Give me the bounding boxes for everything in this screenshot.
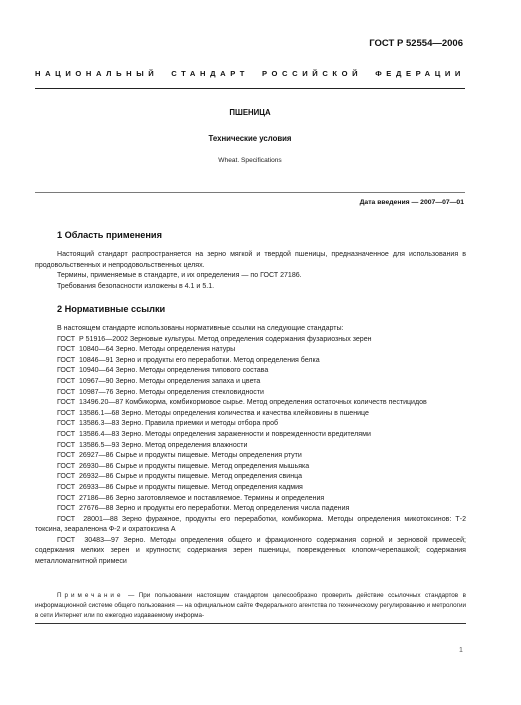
reference-title: Зерно. Методы определения стекловидности (115, 389, 264, 396)
section-heading-scope: 1 Область применения (57, 230, 162, 240)
reference-title: Зерно. Правила приемки и методы отбора п… (121, 420, 278, 427)
reference-code: ГОСТ 13586.1—68 (57, 410, 119, 417)
footer-rule (35, 623, 466, 624)
reference-title: Зерно. Метод определения влажности (121, 442, 247, 449)
note: Примечание — При пользовании настоящим с… (35, 591, 466, 620)
banner-word: СТАНДАРТ (171, 69, 249, 78)
reference-title: Сырье и продукты пищевые. Метод определе… (115, 484, 302, 491)
reference-item: ГОСТ 10840—64 Зерно. Методы определения … (35, 345, 466, 356)
reference-title: Зерно. Методы определения типового соста… (115, 367, 268, 374)
reference-item: ГОСТ 30483—97 Зерно. Методы определения … (35, 536, 466, 568)
reference-item: ГОСТ 28001—88 Зерно фуражное, продукты е… (35, 515, 466, 536)
section-body-scope: Настоящий стандарт распространяется на з… (35, 250, 466, 292)
reference-code: ГОСТ 13496.20—87 (57, 399, 123, 406)
reference-title: Комбикорма, комбикормовое сырье. Метод о… (125, 399, 427, 406)
reference-item: ГОСТ 10967—90 Зерно. Методы определения … (35, 377, 466, 388)
reference-item: ГОСТ 13496.20—87 Комбикорма, комбикормов… (35, 398, 466, 409)
reference-code: ГОСТ 10987—76 (57, 389, 113, 396)
paragraph: Требования безопасности изложены в 4.1 и… (35, 282, 466, 293)
references-items: ГОСТ Р 51916—2002 Зерновые культуры. Мет… (35, 335, 466, 568)
reference-item: ГОСТ 10987—76 Зерно. Методы определения … (35, 388, 466, 399)
reference-title: Зерно. Методы определения запаха и цвета (115, 378, 260, 385)
reference-title: Сырье и продукты пищевые. Метод определе… (115, 473, 302, 480)
paragraph: Термины, применяемые в стандарте, и их о… (35, 271, 466, 282)
reference-item: ГОСТ 10846—91 Зерно и продукты его перер… (35, 356, 466, 367)
reference-item: ГОСТ 13586.4—83 Зерно. Методы определени… (35, 430, 466, 441)
header-rule (35, 88, 465, 89)
reference-code: ГОСТ 10940—64 (57, 367, 113, 374)
reference-code: ГОСТ 13586.4—83 (57, 431, 119, 438)
reference-code: ГОСТ 13586.3—83 (57, 420, 119, 427)
reference-item: ГОСТ 13586.5—93 Зерно. Метод определения… (35, 441, 466, 452)
document-subtitle: Технические условия (0, 134, 500, 143)
banner-word: ФЕДЕРАЦИИ (375, 69, 465, 78)
reference-code: ГОСТ 13586.5—93 (57, 442, 119, 449)
date-introduced: Дата введения — 2007—07—01 (360, 199, 464, 206)
reference-title: Зерно заготовляемое и поставляемое. Терм… (115, 495, 324, 502)
reference-item: ГОСТ 26933—86 Сырье и продукты пищевые. … (35, 483, 466, 494)
reference-item: ГОСТ 13586.1—68 Зерно. Методы определени… (35, 409, 466, 420)
reference-code: ГОСТ 27676—88 (57, 505, 113, 512)
reference-title: Зерно. Методы определения количества и к… (121, 410, 369, 417)
reference-item: ГОСТ 26930—86 Сырье и продукты пищевые. … (35, 462, 466, 473)
references-list: В настоящем стандарте использованы норма… (35, 324, 466, 568)
reference-item: ГОСТ 26932—86 Сырье и продукты пищевые. … (35, 472, 466, 483)
page-number: 1 (459, 647, 463, 654)
document-title: ПШЕНИЦА (0, 108, 500, 117)
reference-item: ГОСТ 27676—88 Зерно и продукты его перер… (35, 504, 466, 515)
reference-code: ГОСТ 26927—86 (57, 452, 113, 459)
paragraph: Настоящий стандарт распространяется на з… (35, 250, 466, 271)
reference-code: ГОСТ 28001—88 (57, 516, 118, 523)
reference-item: ГОСТ 27186—86 Зерно заготовляемое и пост… (35, 494, 466, 505)
reference-title: Зерно. Методы определения натуры (115, 346, 235, 353)
reference-title: Зерновые культуры. Метод определения сод… (130, 336, 372, 343)
document-code: ГОСТ Р 52554—2006 (369, 38, 463, 49)
reference-code: ГОСТ 27186—86 (57, 495, 113, 502)
references-intro: В настоящем стандарте использованы норма… (35, 324, 466, 335)
reference-code: ГОСТ 26933—86 (57, 484, 113, 491)
reference-code: ГОСТ 26932—86 (57, 473, 113, 480)
reference-title: Сырье и продукты пищевые. Методы определ… (115, 452, 301, 459)
reference-code: ГОСТ Р 51916—2002 (57, 336, 128, 343)
section-heading-references: 2 Нормативные ссылки (57, 304, 165, 314)
reference-title: Зерно и продукты его переработки. Метод … (115, 505, 349, 512)
banner-word: НАЦИОНАЛЬНЫЙ (35, 69, 158, 78)
reference-code: ГОСТ 10840—64 (57, 346, 113, 353)
reference-title: Зерно и продукты его переработки. Метод … (115, 357, 319, 364)
reference-title: Зерно. Методы определения зараженности и… (121, 431, 371, 438)
national-standard-banner: НАЦИОНАЛЬНЫЙ СТАНДАРТ РОССИЙСКОЙ ФЕДЕРАЦ… (35, 69, 465, 78)
reference-title: Сырье и продукты пищевые. Метод определе… (115, 463, 309, 470)
reference-code: ГОСТ 30483—97 (57, 537, 119, 544)
reference-code: ГОСТ 10967—90 (57, 378, 113, 385)
english-title: Wheat. Specifications (0, 157, 500, 164)
reference-item: ГОСТ 26927—86 Сырье и продукты пищевые. … (35, 451, 466, 462)
reference-item: ГОСТ 10940—64 Зерно. Методы определения … (35, 366, 466, 377)
title-rule (35, 192, 465, 193)
reference-code: ГОСТ 26930—86 (57, 463, 113, 470)
reference-item: ГОСТ 13586.3—83 Зерно. Правила приемки и… (35, 419, 466, 430)
banner-word: РОССИЙСКОЙ (262, 69, 362, 78)
reference-item: ГОСТ Р 51916—2002 Зерновые культуры. Мет… (35, 335, 466, 346)
note-label: Примечание (57, 592, 123, 599)
reference-code: ГОСТ 10846—91 (57, 357, 113, 364)
